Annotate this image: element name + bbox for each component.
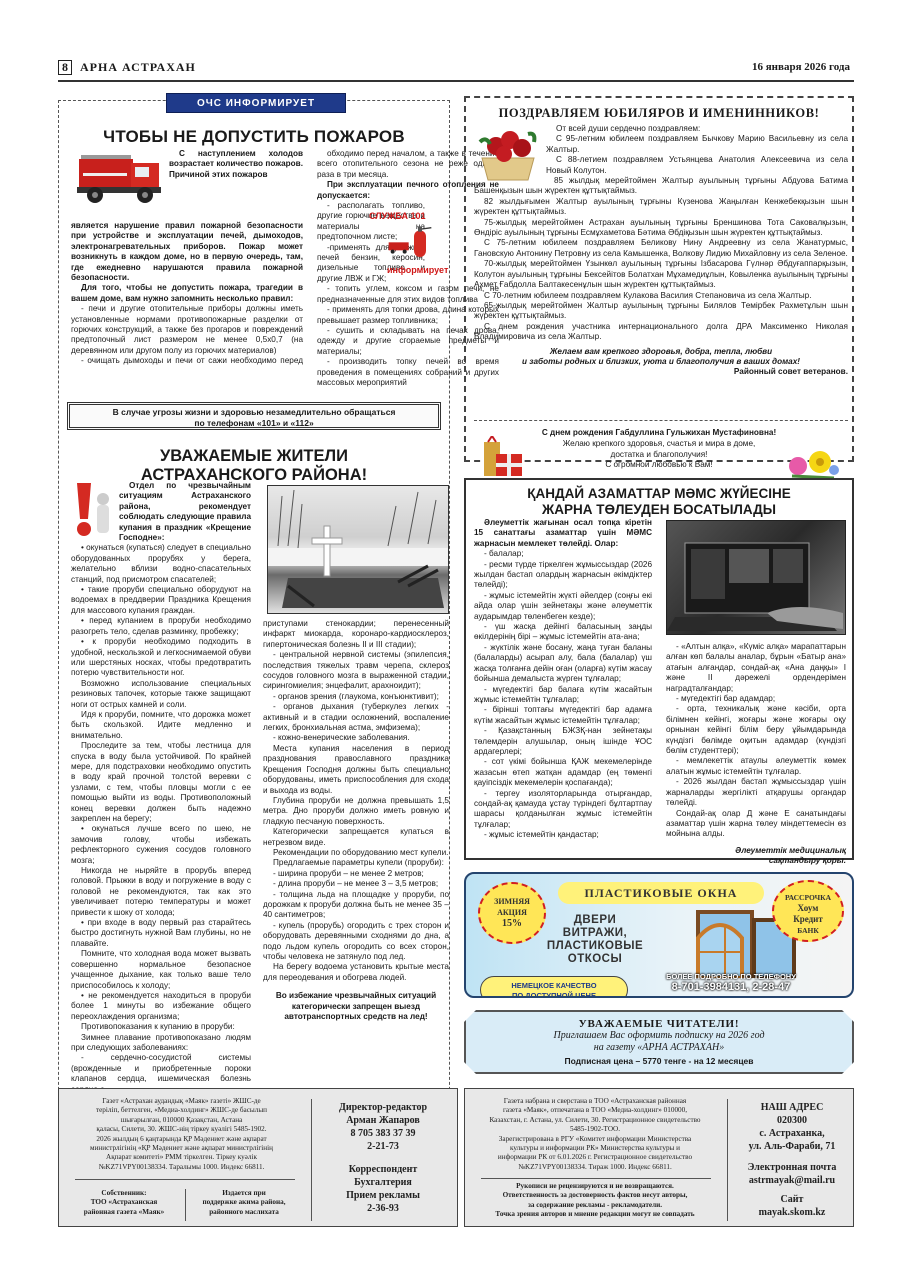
email-label: Электронная почта bbox=[731, 1161, 853, 1174]
kz-signature-1: Әлеуметтік медициналық bbox=[666, 846, 846, 856]
street: ул. Аль-Фараби, 71 bbox=[731, 1140, 853, 1153]
greetings-wish-1: Желаем вам крепкого здоровья, добра, теп… bbox=[474, 347, 848, 357]
promo-line-3: 15% bbox=[480, 918, 544, 929]
kz-item: - ресми түрде тіркелген жұмыссыздар (202… bbox=[474, 560, 652, 591]
dept-correspondent: Корреспондент bbox=[315, 1163, 451, 1176]
imprint-line: шығарылған, 010000 Қазақстан, Астана bbox=[69, 1116, 294, 1125]
fire-intro-rest: является нарушение правил пожарной безоп… bbox=[71, 221, 303, 283]
imprint-line: 5485-1902-ТОО. bbox=[469, 1125, 721, 1134]
credit-line-4: БАНК bbox=[774, 925, 842, 936]
service-101-subtitle: информирует bbox=[387, 265, 448, 275]
residents-item: • к проруби необходимо подходить в удобн… bbox=[71, 637, 251, 679]
residents-col1: Отдел по чрезвычайным ситуациям Астрахан… bbox=[71, 481, 251, 1095]
kz-item: - жұмыс істемейтін жүкті әйелдер (соңғы … bbox=[474, 591, 652, 622]
residents-item: • при входе в воду первый раз старайтесь… bbox=[71, 918, 251, 949]
fire-article-col1: С наступлением холодов возрастает количе… bbox=[71, 149, 303, 366]
address-title: НАШ АДРЕС bbox=[731, 1101, 853, 1114]
imprint-line: Газета набрана и сверстана в ТОО «Астрах… bbox=[469, 1097, 721, 1106]
residents-item: • не рекомендуется находиться в проруби … bbox=[71, 991, 251, 1022]
owner-line-2: районная газета «Маяк» bbox=[69, 1208, 179, 1217]
kz-item: - «Алтын алқа», «Күміс алқа» марапаттары… bbox=[666, 642, 846, 694]
disclaimer-line: за содержание рекламы - рекламодатели. bbox=[469, 1201, 721, 1210]
residents-intro: Отдел по чрезвычайным ситуациям Астрахан… bbox=[119, 481, 251, 543]
laptop-icon bbox=[667, 521, 846, 635]
imprint-line: культуры и информации РК» Министерства к… bbox=[469, 1144, 721, 1153]
fire-para2: Для того, чтобы не допустить пожара, тра… bbox=[71, 283, 303, 304]
kz-item: - орта, техникалық және кәсіби, орта біл… bbox=[666, 704, 846, 756]
birthday-name: С днем рождения Габдуллина Гульжихан Мус… bbox=[466, 428, 852, 439]
editor-phone-1: 8 705 383 37 39 bbox=[315, 1127, 451, 1140]
divider bbox=[481, 1178, 711, 1179]
editor-phone-2: 2-21-73 bbox=[315, 1140, 451, 1153]
kz-item: - сот үкімі бойынша ҚАЖ мекемелерінде жа… bbox=[474, 757, 652, 788]
residents-item: Возможно использование специальных резин… bbox=[71, 679, 251, 710]
imprint-line: 2026 жылдың 6 қаңтарында ҚР Мәдениет жән… bbox=[69, 1135, 294, 1144]
residents-item: Никогда не ныряйте в прорубь вперед голо… bbox=[71, 866, 251, 918]
laptop-medical-photo bbox=[666, 520, 846, 635]
ad-list-line: ВИТРАЖИ, bbox=[540, 927, 650, 940]
kz-item: Сондай-ақ олар Д және Е санатындағы азам… bbox=[666, 809, 846, 840]
site-label: Сайт bbox=[731, 1193, 853, 1206]
ad-list-line: ДВЕРИ bbox=[540, 914, 650, 927]
credit-line-1: РАССРОЧКА bbox=[774, 892, 842, 903]
address-block: НАШ АДРЕС 020300 с. Астраханка, ул. Аль-… bbox=[731, 1101, 853, 1219]
support-line-3: районного маслихата bbox=[189, 1208, 299, 1217]
kz-item: - үш жасқа дейінгі баласының заңды өкілд… bbox=[474, 622, 652, 643]
emergency-line-2: по телефонам «101» и «112» bbox=[70, 418, 438, 429]
editor-title: Директор-редактор bbox=[315, 1101, 451, 1114]
residents-closing-warning: Во избежание чрезвычайных ситуаций катег… bbox=[263, 991, 449, 1022]
ad-phone-label: БОЛЕЕ ПОДРОБНО ПО ТЕЛЕФОНУ bbox=[656, 972, 806, 981]
residents-item: Рекомендации по оборудованию мест купели… bbox=[263, 848, 449, 858]
imprint-line: Ақпарат комитеті» РММ тіркелген. Тіркеу … bbox=[69, 1153, 294, 1162]
credit-line-3: Кредит bbox=[774, 914, 842, 925]
residents-item: приступами стенокардии; перенесенный инф… bbox=[263, 619, 449, 650]
greetings-box: ПОЗДРАВЛЯЕМ ЮБИЛЯРОВ И ИМЕНИННИКОВ! От в… bbox=[464, 96, 854, 462]
support-line-1: Издается при bbox=[189, 1189, 299, 1198]
kz-article-title: ҚАНДАЙ АЗАМАТТАР МӘМС ЖҮЙЕСІНЕ ЖАРНА ТӨЛ… bbox=[466, 486, 852, 517]
divider bbox=[727, 1099, 728, 1221]
residents-item: Предлагаемые параметры купели (проруби): bbox=[263, 858, 449, 868]
flowers-icon bbox=[784, 448, 842, 482]
quality-line-2: ПО ДОСТУПНОЙ ЦЕНЕ bbox=[481, 991, 627, 998]
kz-item: - мүгедектігі бар балаға күтім жасайтын … bbox=[474, 685, 652, 706]
editor-block: Директор-редактор Арман Жапаров 8 705 38… bbox=[315, 1101, 451, 1215]
greeting-item: С 95-летним юбилеем поздравляем Бычкову … bbox=[546, 134, 848, 155]
residents-item: Проследите за тем, чтобы лестница для сп… bbox=[71, 741, 251, 824]
ad-phone-numbers[interactable]: 8-701-3984131, 2-28-47 bbox=[656, 981, 806, 993]
greeting-item: С 75-летним юбилеем поздравляем Беликову… bbox=[474, 238, 848, 259]
imprint-line: қаласы, Силети, 30. ЖШС-нің тіркеу куәлі… bbox=[69, 1125, 294, 1134]
issue-date: 16 января 2026 года bbox=[752, 60, 850, 75]
subscription-box: УВАЖАЕМЫЕ ЧИТАТЕЛИ! Приглашаем Вас оформ… bbox=[464, 1010, 854, 1074]
village: с. Астраханка, bbox=[731, 1127, 853, 1140]
residents-item: • перед купанием в проруби необходимо ра… bbox=[71, 616, 251, 637]
support-line-2: поддержке акима района, bbox=[189, 1198, 299, 1207]
fire-rule-2: - очищать дымоходы и печи от сажи необхо… bbox=[71, 356, 303, 366]
kz-item: - бірінші топтағы мүгедектігі бар адамға… bbox=[474, 705, 652, 726]
greetings-divider bbox=[474, 420, 848, 421]
greetings-title: ПОЗДРАВЛЯЕМ ЮБИЛЯРОВ И ИМЕНИННИКОВ! bbox=[466, 106, 852, 121]
greetings-signature: Районный совет ветеранов. bbox=[474, 367, 848, 377]
footer-imprint-left: Газет «Астрахан аудандық «Маяк» газеті» … bbox=[58, 1088, 458, 1227]
divider bbox=[185, 1189, 186, 1221]
kz-item: - балалар; bbox=[474, 549, 652, 559]
greeting-item: 75-жылдық мерейтоймен Астрахан ауылының … bbox=[474, 218, 848, 239]
greetings-wish-2: и заботы родных и близких, уюта и благоп… bbox=[474, 357, 848, 367]
residents-item: На берегу водоема установить крытые мест… bbox=[263, 962, 449, 983]
residents-item: - толщина льда на площадке у проруби, по… bbox=[263, 890, 449, 921]
ru-imprint: Газета набрана и сверстана в ТОО «Астрах… bbox=[469, 1097, 721, 1172]
owner-label: Собственник: bbox=[69, 1189, 179, 1198]
greeting-item: С 88-летием поздравляем Устьянцева Анато… bbox=[546, 155, 848, 176]
kz-article-col1: Әлеуметтік жағынан осал топқа кіретін 15… bbox=[474, 518, 652, 841]
ad-list-line: ОТКОСЫ bbox=[540, 953, 650, 966]
subscription-price: Подписная цена – 5770 тенге - на 12 меся… bbox=[466, 1056, 852, 1066]
promo-line-1: ЗИМНЯЯ bbox=[480, 896, 544, 907]
subscription-invite-1: Приглашаем Вас оформить подписку на 2026… bbox=[466, 1030, 852, 1042]
fire-intro-lead: С наступлением холодов возрастает количе… bbox=[169, 149, 303, 221]
imprint-line: министрлігінің «ҚР Мәдениет және ақпарат… bbox=[69, 1144, 294, 1153]
residents-item: - органов дыхания (туберкулез легких - а… bbox=[263, 702, 449, 733]
imprint-line: №KZ71VPY00138334. Тираж 1000. Индекс 668… bbox=[469, 1163, 721, 1172]
ad-title: ПЛАСТИКОВЫЕ ОКНА bbox=[558, 882, 764, 904]
kz-title-line2: ЖАРНА ТӨЛЕУДЕН БОСАТЫЛАДЫ bbox=[466, 502, 852, 518]
imprint-line: Казахстан, г. Астана, ул. Силети, 30. Ре… bbox=[469, 1116, 721, 1125]
residents-item: - кожно-венерические заболевания. bbox=[263, 733, 449, 743]
kz-item: - мемлекеттік атаулы әлеуметтік көмек ал… bbox=[666, 756, 846, 777]
residents-item: - ширина проруби – не менее 2 метров; bbox=[263, 869, 449, 879]
footer-imprint-right: Газета набрана и сверстана в ТОО «Астрах… bbox=[464, 1088, 854, 1227]
residents-item: Глубина проруби не должна превышать 1,5 … bbox=[263, 796, 449, 827]
ochs-badge: ОЧС ИНФОРМИРУЕТ bbox=[166, 93, 346, 113]
site-link[interactable]: mayak.skom.kz bbox=[731, 1206, 853, 1219]
left-column-box: ОЧС ИНФОРМИРУЕТ ЧТОБЫ НЕ ДОПУСТИТЬ ПОЖАР… bbox=[58, 100, 450, 1175]
subscription-invite-2: на газету «АРНА АСТРАХАН» bbox=[466, 1042, 852, 1054]
disclaimer-line: Ответственность за достоверность фактов … bbox=[469, 1191, 721, 1200]
residents-item: - центральной нервной системы (эпилепсия… bbox=[263, 650, 449, 692]
ad-quality-badge: НЕМЕЦКОЕ КАЧЕСТВО ПО ДОСТУПНОЙ ЦЕНЕ bbox=[480, 976, 628, 998]
credit-line-2: Хоум bbox=[774, 903, 842, 914]
kz-imprint: Газет «Астрахан аудандық «Маяк» газеті» … bbox=[69, 1097, 294, 1172]
residents-item: Противопоказания к купанию в проруби: bbox=[71, 1022, 251, 1032]
fire-article-title: ЧТОБЫ НЕ ДОПУСТИТЬ ПОЖАРОВ bbox=[59, 127, 449, 147]
kz-title-line1: ҚАНДАЙ АЗАМАТТАР МӘМС ЖҮЙЕСІНЕ bbox=[466, 486, 852, 502]
page-number: 8 bbox=[58, 60, 72, 75]
imprint-line: информации РК от 6.01.2026 г. Регистраци… bbox=[469, 1153, 721, 1162]
kz-item: - жүктілік және босану, жаңа туған балан… bbox=[474, 643, 652, 685]
residents-title: УВАЖАЕМЫЕ ЖИТЕЛИ АСТРАХАНСКОГО РАЙОНА! bbox=[59, 447, 449, 485]
kz-item: - мүгедектігі бар адамдар; bbox=[666, 694, 846, 704]
quality-line-1: НЕМЕЦКОЕ КАЧЕСТВО bbox=[481, 981, 627, 991]
imprint-line: Газет «Астрахан аудандық «Маяк» газеті» … bbox=[69, 1097, 294, 1106]
kz-item: - жұмыс істемейтін қандастар; bbox=[474, 830, 652, 840]
greeting-item: 85 жылдық мерейтоймен Жалтыр ауылының тұ… bbox=[474, 176, 848, 197]
dept-phone: 2-36-93 bbox=[315, 1202, 451, 1215]
greeting-item: 70-жылдық мерейтоймен Үзынкөл ауылының т… bbox=[474, 259, 848, 290]
residents-item: - длина проруби – не менее 3 – 3,5 метро… bbox=[263, 879, 449, 889]
installment-badge: РАССРОЧКА Хоум Кредит БАНК bbox=[772, 880, 844, 942]
residents-title-line1: УВАЖАЕМЫЕ ЖИТЕЛИ bbox=[59, 447, 449, 466]
residents-item: • такие проруби специально оборудуют на … bbox=[71, 585, 251, 616]
paper-name: АРНА АСТРАХАН bbox=[80, 60, 196, 75]
disclaimer-line: Рукописи не рецензируются и не возвращаю… bbox=[469, 1182, 721, 1191]
kz-insurance-article: ҚАНДАЙ АЗАМАТТАР МӘМС ЖҮЙЕСІНЕ ЖАРНА ТӨЛ… bbox=[464, 478, 854, 860]
email-link[interactable]: astrmayak@mail.ru bbox=[731, 1174, 853, 1187]
owner-block: Собственник: ТОО «Астраханская районная … bbox=[69, 1189, 179, 1217]
greeting-item: С 70-летним юбилеем поздравляем Кулакова… bbox=[474, 291, 848, 301]
service-101-title: СЛУЖБА 101 bbox=[369, 211, 425, 221]
kz-item: - тергеу изоляторларында отырғандар, сон… bbox=[474, 789, 652, 831]
emergency-line-1: В случае угрозы жизни и здоровью незамед… bbox=[70, 407, 438, 418]
imprint-line: газета «Маяк», отпечатана в ТОО «Медиа-х… bbox=[469, 1106, 721, 1115]
owner-line-1: ТОО «Астраханская bbox=[69, 1198, 179, 1207]
editor-name: Арман Жапаров bbox=[315, 1114, 451, 1127]
disclaimer-line: Точка зрения авторов и мнение редакции м… bbox=[469, 1210, 721, 1219]
residents-item: - органов зрения (глаукома, конъюнктивит… bbox=[263, 692, 449, 702]
residents-item: Помните, что холодная вода может вызвать… bbox=[71, 949, 251, 991]
windows-advertisement[interactable]: ЗИМНЯЯ АКЦИЯ 15% ПЛАСТИКОВЫЕ ОКНА ДВЕРИ … bbox=[464, 872, 854, 998]
greetings-text: От всей души сердечно поздравляем: С 95-… bbox=[474, 124, 848, 378]
cross-icon bbox=[268, 486, 449, 614]
emergency-phones-box: В случае угрозы жизни и здоровью незамед… bbox=[67, 402, 441, 430]
divider bbox=[311, 1099, 312, 1221]
imprint-line: Зарегистрирована в РГУ «Комитет информац… bbox=[469, 1135, 721, 1144]
kz-signature-2: сақтандыру қоры. bbox=[666, 856, 846, 866]
support-block: Издается при поддержке акима района, рай… bbox=[189, 1189, 299, 1217]
residents-item: Категорически запрещается купаться в нет… bbox=[263, 827, 449, 848]
residents-item: - купель (прорубь) огородить с трех стор… bbox=[263, 921, 449, 963]
dept-advertising: Прием рекламы bbox=[315, 1189, 451, 1202]
greeting-item: 65-жылдық мерейтоймен Жалтыр ауылының тұ… bbox=[474, 301, 848, 322]
greetings-intro: От всей души сердечно поздравляем: bbox=[546, 124, 848, 134]
ad-product-list: ДВЕРИ ВИТРАЖИ, ПЛАСТИКОВЫЕ ОТКОСЫ bbox=[540, 914, 650, 966]
fire-extinguisher-icon bbox=[381, 225, 447, 265]
masthead: 8 АРНА АСТРАХАН 16 января 2026 года bbox=[58, 60, 854, 82]
fire-rule-1: - печи и другие отопительные приборы дол… bbox=[71, 304, 303, 356]
ice-hole-cross-photo bbox=[267, 485, 449, 614]
kz-item: - 2026 жылдан бастап жұмыссыздар үшін жа… bbox=[666, 777, 846, 808]
residents-item: Зимнее плавание противопоказано людям пр… bbox=[71, 1033, 251, 1054]
residents-item: • окунаться (купаться) следует в специал… bbox=[71, 543, 251, 585]
residents-item: Идя к проруби, помните, что дорожка може… bbox=[71, 710, 251, 741]
dept-accounting: Бухгалтерия bbox=[315, 1176, 451, 1189]
subscription-title: УВАЖАЕМЫЕ ЧИТАТЕЛИ! bbox=[466, 1018, 852, 1030]
imprint-line: №KZ71VPY00138334. Таралымы 1000. Индекс … bbox=[69, 1163, 294, 1172]
winter-promo-badge: ЗИМНЯЯ АКЦИЯ 15% bbox=[478, 882, 546, 944]
kz-article-col2: - «Алтын алқа», «Күміс алқа» марапаттары… bbox=[666, 642, 846, 867]
greeting-item: 82 жылдығымен Жалтыр ауылының тұрғыны Кү… bbox=[474, 197, 848, 218]
ad-list-line: ПЛАСТИКОВЫЕ bbox=[540, 940, 650, 953]
residents-col2: приступами стенокардии; перенесенный инф… bbox=[263, 619, 449, 1022]
disclaimer: Рукописи не рецензируются и не возвращаю… bbox=[469, 1182, 721, 1220]
residents-item: Места купания населения в период праздно… bbox=[263, 744, 449, 796]
postcode: 020300 bbox=[731, 1114, 853, 1127]
kz-item: - Қазақстанның БЖЗҚ-нан зейнетақы төлемд… bbox=[474, 726, 652, 757]
greeting-item: С днем рождения участника интернациональ… bbox=[474, 322, 848, 343]
promo-line-2: АКЦИЯ bbox=[480, 907, 544, 918]
imprint-line: теріліп, беттелген, «Медиа-холдинг» ЖШС-… bbox=[69, 1106, 294, 1115]
ad-phone-block[interactable]: БОЛЕЕ ПОДРОБНО ПО ТЕЛЕФОНУ 8-701-3984131… bbox=[656, 972, 806, 993]
residents-item: • окунаться лучше всего по шею, не замоч… bbox=[71, 824, 251, 866]
kz-intro: Әлеуметтік жағынан осал топқа кіретін 15… bbox=[474, 518, 652, 549]
divider bbox=[75, 1179, 295, 1180]
